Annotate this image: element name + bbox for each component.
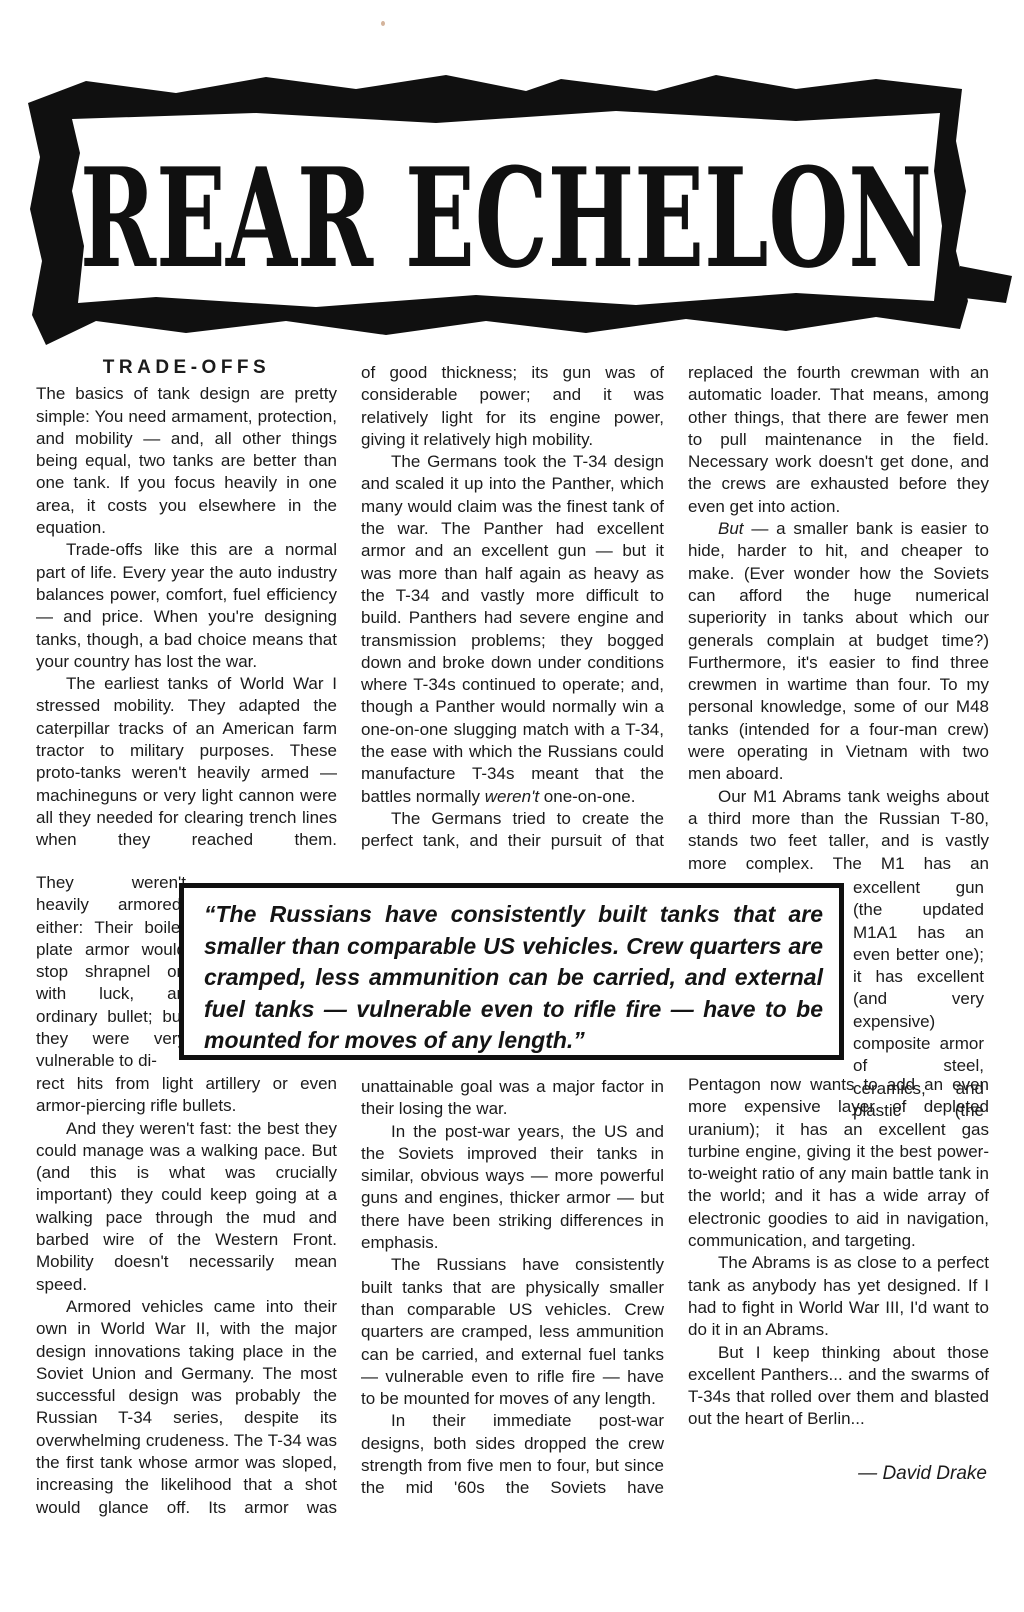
author-byline: — David Drake [688, 1463, 989, 1485]
column-1-narrow: They weren't heavily armored, either: Th… [36, 872, 186, 1073]
paragraph: And they weren't fast: the best they cou… [36, 1118, 337, 1296]
column-2-top: of good thickness; its gun was of consid… [361, 362, 664, 853]
paragraph: Trade-offs like this are a normal part o… [36, 539, 337, 673]
column-3-top: replaced the fourth crewman with an auto… [688, 362, 989, 875]
paragraph: The Russians have consistently built tan… [361, 1254, 664, 1410]
masthead-box: REAR ECHELON [16, 60, 1016, 352]
paragraph: of good thickness; its gun was of consid… [361, 362, 664, 451]
magazine-page: REAR ECHELON TRADE-OFFS The basics of ta… [0, 0, 1024, 1612]
paragraph: In their immediate post-war designs, bot… [361, 1410, 664, 1499]
paragraph: Pentagon now wants to add an even more e… [688, 1074, 989, 1252]
pull-quote-box: “The Russians have consistently built ta… [179, 883, 844, 1060]
paragraph: The Abrams is as close to a perfect tank… [688, 1252, 989, 1341]
article-heading: TRADE-OFFS [36, 357, 337, 379]
paragraph: The Germans took the T-34 design and sca… [361, 451, 664, 808]
paragraph: The Germans tried to create the perfect … [361, 808, 664, 853]
paragraph: Our M1 Abrams tank weighs about a third … [688, 786, 989, 875]
paragraph: But — a smaller bank is easier to hide, … [688, 518, 989, 786]
column-1-top: TRADE-OFFS The basics of tank design are… [36, 357, 337, 852]
masthead-title: REAR ECHELON [80, 139, 932, 299]
paragraph: rect hits from light artillery or even a… [36, 1073, 337, 1118]
paragraph: replaced the fourth crewman with an auto… [688, 362, 989, 518]
pull-quote-text: “The Russians have consistently built ta… [204, 901, 823, 1053]
paragraph: But I keep thinking about those excellen… [688, 1342, 989, 1431]
paragraph: The basics of tank design are pretty sim… [36, 383, 337, 539]
paragraph: The earliest tanks of World War I stress… [36, 673, 337, 851]
print-speck [381, 21, 385, 26]
column-3-bottom: Pentagon now wants to add an even more e… [688, 1074, 989, 1485]
paragraph: unattainable goal was a major factor in … [361, 1076, 664, 1121]
masthead-border-tail [956, 266, 1012, 303]
paragraph: In the post-war years, the US and the So… [361, 1121, 664, 1255]
paragraph: They weren't heavily armored, either: Th… [36, 872, 186, 1073]
paragraph: Armored vehicles came into their own in … [36, 1296, 337, 1519]
column-2-bottom: unattainable goal was a major factor in … [361, 1076, 664, 1500]
column-1-bottom: rect hits from light artillery or even a… [36, 1073, 337, 1519]
